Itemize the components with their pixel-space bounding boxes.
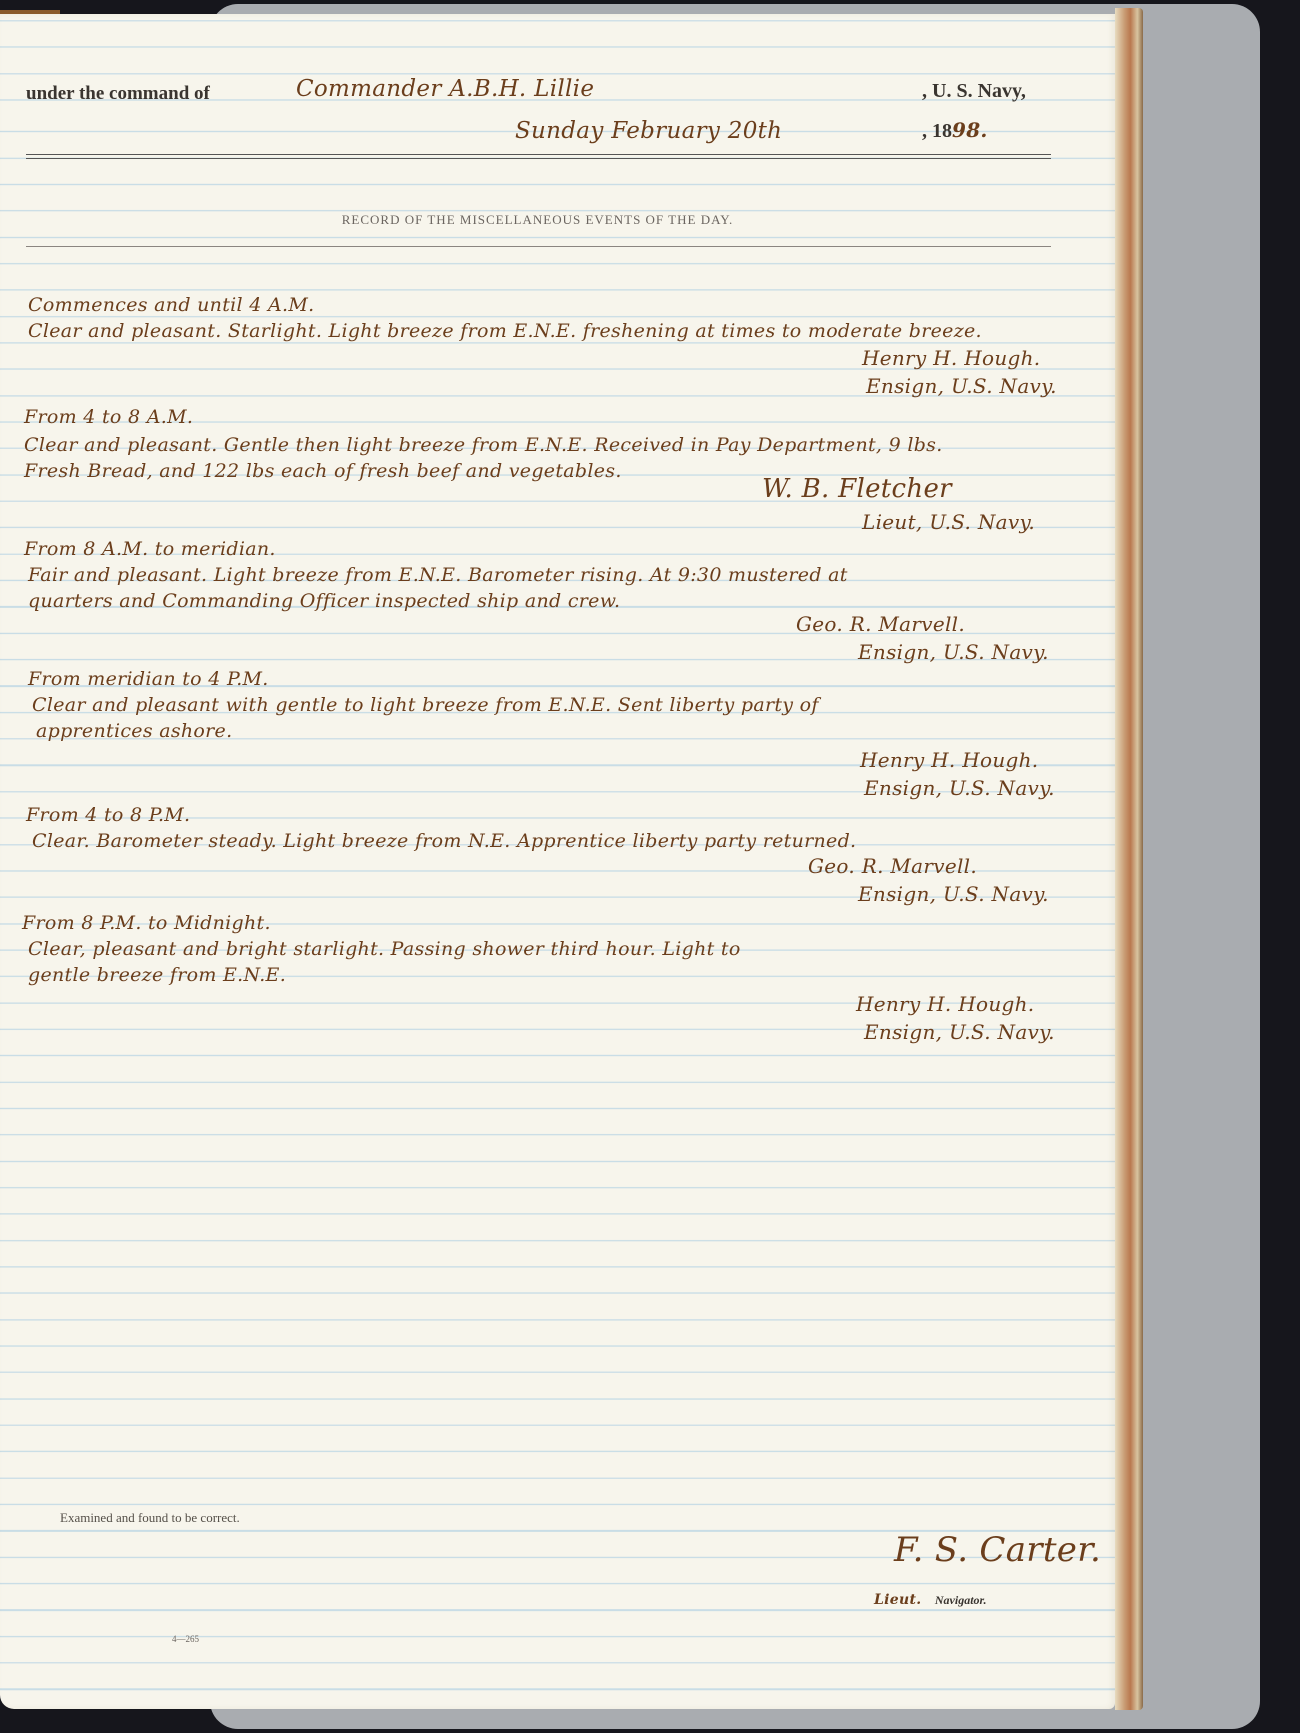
entry-text: Clear, pleasant and bright starlight. Pa… [28,938,741,960]
officer-rank: Ensign, U.S. Navy. [858,882,1049,906]
service-suffix: , U. S. Navy, [922,80,1026,103]
officer-signature: Geo. R. Marvell. [808,854,977,878]
date-handwritten: Sunday February 20th [515,118,782,144]
watch-heading: From meridian to 4 P.M. [28,668,269,690]
entry-text: Clear. Barometer steady. Light breeze fr… [32,830,856,852]
navigator-rank: Lieut. [874,1592,921,1608]
watch-heading: From 4 to 8 A.M. [24,406,193,428]
command-line: under the command of [26,82,210,105]
watch-heading: Commences and until 4 A.M. [28,294,314,316]
officer-rank: Ensign, U.S. Navy. [864,1020,1055,1044]
year-suffix: 98. [952,118,988,142]
officer-signature: Geo. R. Marvell. [796,612,965,636]
officer-rank: Lieut, U.S. Navy. [862,510,1035,534]
watch-heading: From 8 A.M. to meridian. [24,538,276,560]
officer-signature: Henry H. Hough. [856,992,1034,1016]
section-rule [26,246,1051,247]
command-prefix: under the command of [26,83,210,104]
entry-text: Clear and pleasant with gentle to light … [32,694,819,716]
commander-name: Commander A.B.H. Lillie [296,76,594,102]
entry-text: gentle breeze from E.N.E. [28,964,286,986]
navigator-signature: F. S. Carter. [894,1530,1101,1570]
header-double-rule [26,154,1051,159]
navigator-title: Navigator. [935,1593,987,1607]
section-title: RECORD OF THE MISCELLANEOUS EVENTS OF TH… [0,212,1075,228]
officer-rank: Ensign, U.S. Navy. [864,776,1055,800]
watch-heading: From 8 P.M. to Midnight. [22,912,271,934]
officer-rank: Ensign, U.S. Navy. [858,640,1049,664]
officer-signature: W. B. Fletcher [762,474,952,504]
officer-signature: Henry H. Hough. [860,748,1038,772]
entry-text: Clear and pleasant. Starlight. Light bre… [28,320,982,342]
year: , 1898. [922,118,988,143]
entry-text: Fair and pleasant. Light breeze from E.N… [28,564,848,586]
entry-text: quarters and Commanding Officer inspecte… [28,590,620,612]
watch-heading: From 4 to 8 P.M. [26,804,190,826]
entry-text: apprentices ashore. [36,720,232,742]
officer-rank: Ensign, U.S. Navy. [866,374,1057,398]
officer-signature: Henry H. Hough. [862,346,1040,370]
entry-text: Clear and pleasant. Gentle then light br… [24,434,943,456]
navigator-title-line: Lieut. Navigator. [874,1592,987,1609]
year-prefix: , 18 [922,120,952,142]
form-number: 4—265 [172,1634,199,1644]
examined-statement: Examined and found to be correct. [60,1510,240,1526]
page-edge [1115,8,1143,1710]
logbook-page: under the command of Commander A.B.H. Li… [0,14,1115,1709]
entry-text: Fresh Bread, and 122 lbs each of fresh b… [24,460,622,482]
